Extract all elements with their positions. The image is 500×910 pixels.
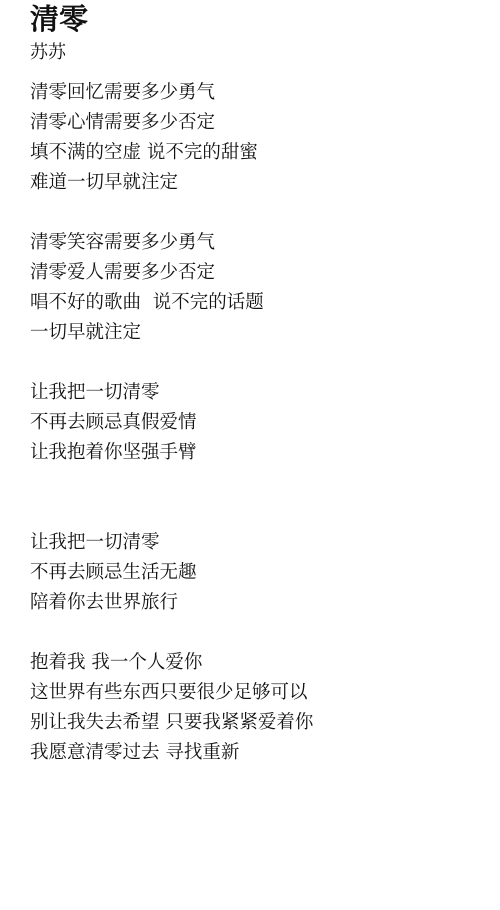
lyrics-body: 清零回忆需要多少勇气 清零心情需要多少否定 填不满的空虚 说不完的甜蜜 难道一切… bbox=[30, 78, 313, 768]
lyric-line: 别让我失去希望 只要我紧紧爱着你 bbox=[30, 708, 313, 738]
lyric-line: 让我把一切清零 bbox=[30, 528, 313, 558]
song-title: 清零 bbox=[30, 0, 88, 38]
lyric-line: 我愿意清零过去 寻找重新 bbox=[30, 738, 313, 768]
lyric-line: 不再去顾忌生活无趣 bbox=[30, 558, 313, 588]
lyric-line: 抱着我 我一个人爱你 bbox=[30, 648, 313, 678]
lyric-line: 一切早就注定 bbox=[30, 318, 313, 348]
stanza-break bbox=[30, 618, 313, 648]
lyric-line: 不再去顾忌真假爱情 bbox=[30, 408, 313, 438]
lyric-line: 难道一切早就注定 bbox=[30, 168, 313, 198]
stanza-break bbox=[30, 348, 313, 378]
lyric-line: 清零回忆需要多少勇气 bbox=[30, 78, 313, 108]
stanza-break bbox=[30, 468, 313, 498]
lyric-line: 清零心情需要多少否定 bbox=[30, 108, 313, 138]
lyric-line: 清零笑容需要多少勇气 bbox=[30, 228, 313, 258]
lyric-line: 唱不好的歌曲 说不完的话题 bbox=[30, 288, 313, 318]
lyric-line: 让我抱着你坚强手臂 bbox=[30, 438, 313, 468]
lyric-line: 让我把一切清零 bbox=[30, 378, 313, 408]
stanza-break bbox=[30, 198, 313, 228]
stanza-break bbox=[30, 498, 313, 528]
lyric-line: 这世界有些东西只要很少足够可以 bbox=[30, 678, 313, 708]
song-artist: 苏苏 bbox=[30, 40, 66, 66]
lyric-line: 清零爱人需要多少否定 bbox=[30, 258, 313, 288]
lyric-line: 陪着你去世界旅行 bbox=[30, 588, 313, 618]
lyric-line: 填不满的空虚 说不完的甜蜜 bbox=[30, 138, 313, 168]
